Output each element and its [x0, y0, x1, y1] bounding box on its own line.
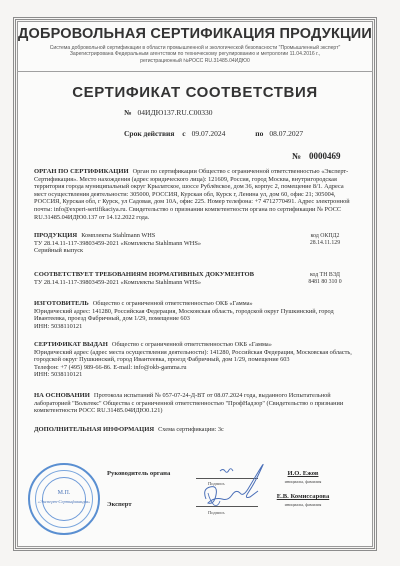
header-title: ДОБРОВОЛЬНАЯ СЕРТИФИКАЦИЯ ПРОДУКЦИИ	[17, 26, 373, 42]
blank-number: №0000469	[292, 151, 341, 161]
validity-label: Срок действия	[124, 129, 174, 138]
subtitle-line: Зарегистрирована Федеральным агентством …	[22, 51, 368, 57]
section-text: Орган по сертификации Общество с огранич…	[34, 168, 350, 221]
code-label: код ОКПД2	[299, 233, 351, 240]
issued-to-inn: ИНН: 5038110121	[34, 371, 82, 378]
expert-name: Е.В. Комиссарова	[263, 493, 343, 500]
section-product: ПРОДУКЦИЯКомплекты Stahlmann WHS ТУ 28.1…	[34, 232, 284, 255]
additional-text: Схема сертификации: 3с	[158, 426, 224, 433]
product-name: Комплекты Stahlmann WHS	[81, 232, 155, 239]
head-label: Руководитель органа	[107, 470, 170, 477]
section-manufacturer: ИЗГОТОВИТЕЛЬОбщество с ограниченной отве…	[34, 300, 352, 330]
from-date: 09.07.2024	[192, 129, 226, 138]
section-heading: НА ОСНОВАНИИ	[34, 392, 90, 399]
stamp-mp-label: М.П.	[30, 490, 98, 496]
blank-number-label: №	[292, 151, 301, 161]
product-spec: ТУ 28.14.11-117-39803459-2021 «Комплекты…	[34, 240, 201, 247]
expert-name-caption: инициалы, фамилия	[263, 502, 343, 507]
section-additional-info: ДОПОЛНИТЕЛЬНАЯ ИНФОРМАЦИЯСхема сертифика…	[34, 426, 352, 434]
manufacturer-inn: ИНН: 5038110121	[34, 323, 82, 330]
seal-stamp: М.П. «Эксперт-Сертификация»	[28, 463, 100, 535]
code-value: 8481 80 310 0	[299, 279, 351, 286]
header-divider	[17, 71, 373, 72]
issued-to-address: Юридический адрес (адрес места осуществл…	[34, 349, 352, 364]
code-value: 28.14.11.129	[299, 240, 351, 247]
section-heading: ОРГАН ПО СЕРТИФИКАЦИИ	[34, 168, 129, 175]
section-heading: ИЗГОТОВИТЕЛЬ	[34, 300, 89, 307]
tnved-code: код ТН ВЭД 8481 80 310 0	[299, 272, 351, 286]
subtitle-line: регистрационный №РОСС RU.31485.04ИДЮ0	[22, 58, 368, 64]
head-name: И.О. Ежов	[263, 470, 343, 477]
to-date: 08.07.2027	[269, 129, 303, 138]
certificate-title: СЕРТИФИКАТ СООТВЕТСТВИЯ	[17, 84, 373, 101]
validity-period: Срок действия с09.07.2024 по08.07.2027	[124, 129, 303, 138]
head-name-caption: инициалы, фамилия	[263, 479, 343, 484]
section-conformity: СООТВЕТСТВУЕТ ТРЕБОВАНИЯМ НОРМАТИВНЫХ ДО…	[34, 271, 294, 286]
header-subtitle: Система добровольной сертификации в обла…	[22, 45, 368, 64]
section-heading: ДОПОЛНИТЕЛЬНАЯ ИНФОРМАЦИЯ	[34, 426, 154, 433]
issued-to-name: Общество с ограниченной ответственностью…	[112, 341, 272, 348]
manufacturer-address: Юридический адрес: 141280, Российская Фе…	[34, 308, 334, 323]
expert-label: Эксперт	[107, 501, 132, 508]
manufacturer-name: Общество с ограниченной ответственностью…	[93, 300, 253, 307]
blank-number-value: 0000469	[309, 151, 341, 161]
code-label: код ТН ВЭД	[299, 272, 351, 279]
section-heading: ПРОДУКЦИЯ	[34, 232, 77, 239]
section-issued-to: СЕРТИФИКАТ ВЫДАНОбщество с ограниченной …	[34, 341, 352, 379]
to-label: по	[255, 129, 263, 138]
okpd2-code: код ОКПД2 28.14.11.129	[299, 233, 351, 247]
section-certification-body: ОРГАН ПО СЕРТИФИКАЦИИОрган по сертификац…	[34, 168, 352, 221]
certificate-number: №04ИДЮ137.RU.C00330	[124, 108, 212, 117]
from-label: с	[182, 129, 185, 138]
section-basis: НА ОСНОВАНИИПротокола испытаний № 057-07…	[34, 392, 352, 415]
section-heading: СЕРТИФИКАТ ВЫДАН	[34, 341, 108, 348]
number-label: №	[124, 108, 132, 117]
stamp-org-name: «Эксперт-Сертификация»	[30, 499, 98, 504]
conformity-spec: ТУ 28.14.11-117-39803459-2021 «Комплекты…	[34, 279, 201, 286]
section-heading: СООТВЕТСТВУЕТ ТРЕБОВАНИЯМ НОРМАТИВНЫХ ДО…	[34, 271, 254, 278]
number-value: 04ИДЮ137.RU.C00330	[138, 108, 213, 117]
product-release: Серийный выпуск	[34, 247, 83, 254]
issued-to-contacts: Телефон: +7 (495) 989-66-86. E-mail: inf…	[34, 364, 187, 371]
